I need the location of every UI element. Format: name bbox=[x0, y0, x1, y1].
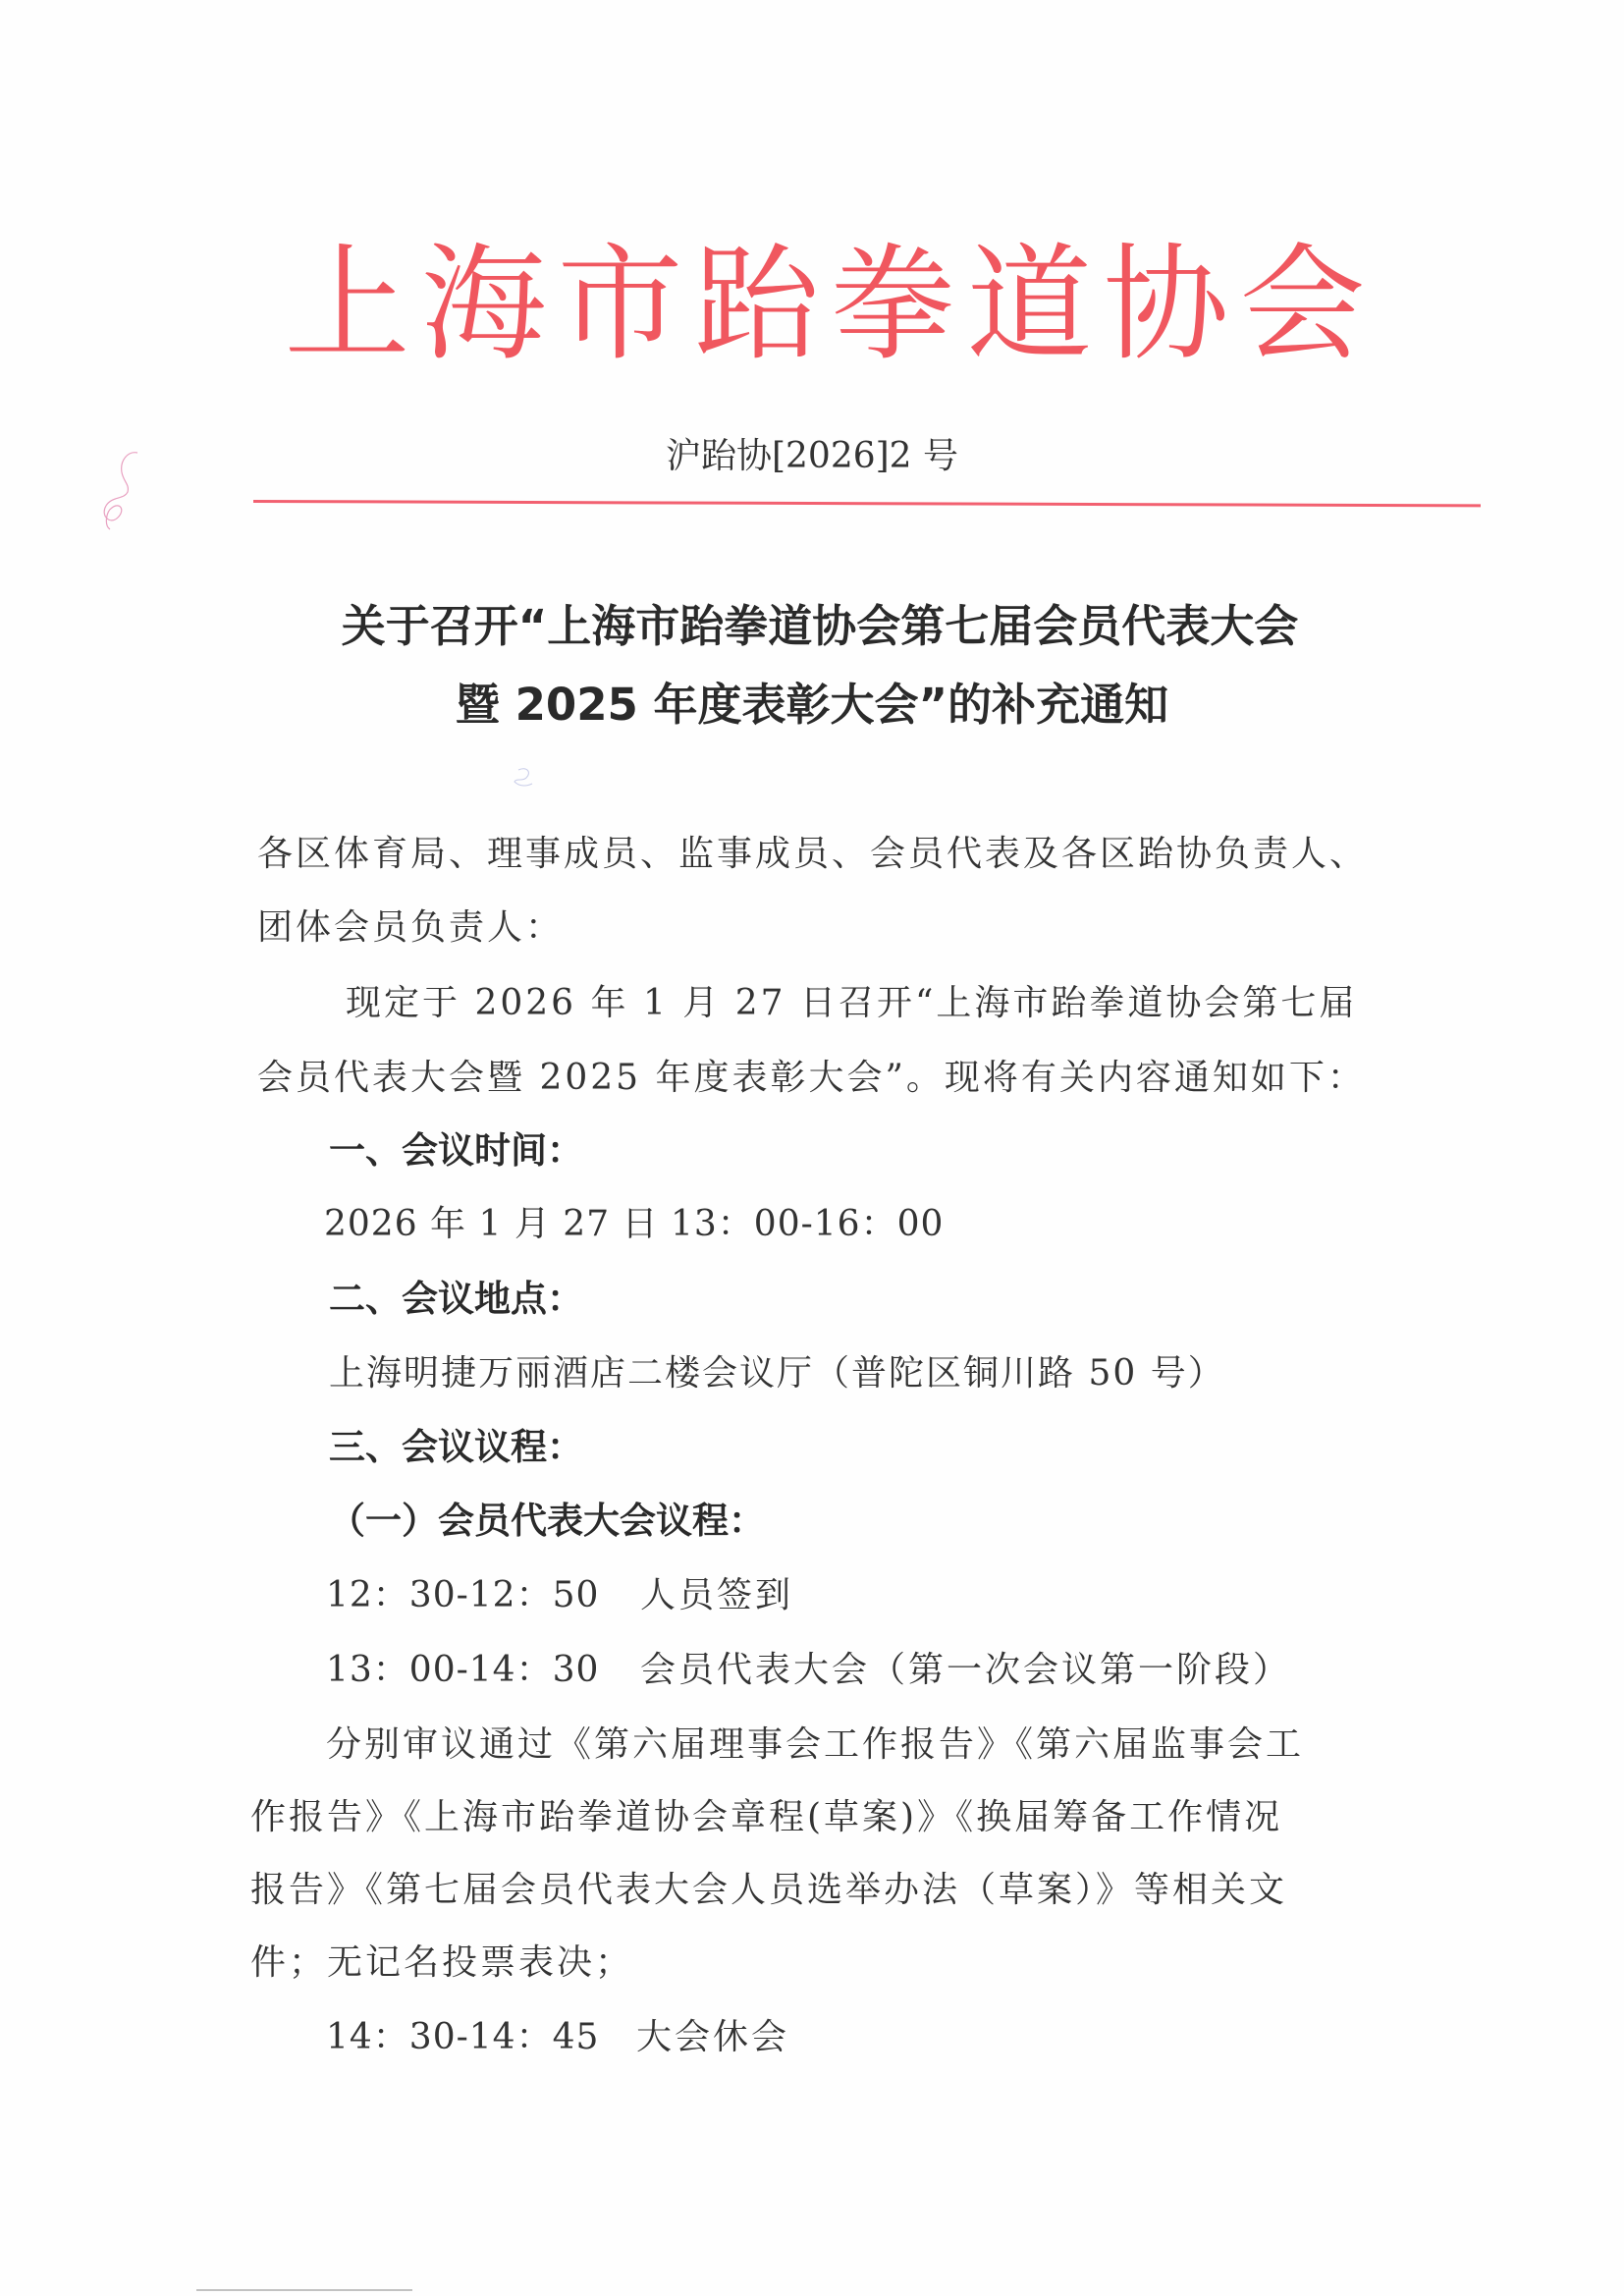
scan-edge bbox=[196, 2289, 412, 2291]
meeting-time: 2026 年 1 月 27 日 13：00-16：00 bbox=[324, 1200, 944, 1249]
masthead-char: 海 bbox=[416, 232, 551, 379]
agenda-item-activity: 会员代表大会（第一次会议第一阶段） bbox=[640, 1646, 1291, 1695]
agenda-item-activity: 大会休会 bbox=[636, 2013, 789, 2062]
agenda-item-activity: 人员签到 bbox=[640, 1571, 793, 1620]
notice-title-line-2: 暨 2025 年度表彰大会”的补充通知 bbox=[0, 676, 1624, 735]
intro-line-1: 现定于 2026 年 1 月 27 日召开“上海市跆拳道协会第七届 bbox=[346, 979, 1357, 1028]
agenda-item-time: 12：30-12：50 bbox=[326, 1571, 599, 1620]
document-page: 上 海 市 跆 拳 道 协 会 沪跆协[2026]2 号 关于召开“上海市跆拳道… bbox=[0, 0, 1624, 2296]
masthead-char: 跆 bbox=[689, 232, 824, 379]
agenda-subheading-congress: （一）会员代表大会议程： bbox=[329, 1497, 765, 1546]
addressee-line-1: 各区体育局、理事成员、监事成员、会员代表及各区跆协负责人、 bbox=[257, 830, 1368, 879]
notice-title-line-1: 关于召开“上海市跆拳道协会第七届会员代表大会 bbox=[8, 597, 1624, 656]
agenda-description-line-4: 件；无记名投票表决； bbox=[250, 1939, 633, 1988]
section-heading-agenda: 三、会议议程： bbox=[329, 1423, 583, 1472]
section-heading-location: 二、会议地点： bbox=[329, 1275, 583, 1324]
red-divider-rule bbox=[253, 500, 1481, 507]
agenda-description-line-1: 分别审议通过《第六届理事会工作报告》《第六届监事会工 bbox=[326, 1721, 1304, 1770]
agenda-description-line-2: 作报告》《上海市跆拳道协会章程(草案)》《换届筹备工作情况 bbox=[250, 1793, 1282, 1842]
organization-masthead: 上 海 市 跆 拳 道 协 会 bbox=[280, 232, 1370, 379]
document-number: 沪跆协[2026]2 号 bbox=[0, 432, 1624, 481]
masthead-char: 市 bbox=[553, 232, 687, 379]
addressee-line-2: 团体会员负责人： bbox=[257, 903, 564, 953]
masthead-char: 上 bbox=[280, 232, 414, 379]
agenda-description-line-3: 报告》《第七届会员代表大会人员选举办法（草案）》等相关文 bbox=[250, 1866, 1287, 1915]
masthead-char: 拳 bbox=[826, 232, 960, 379]
scan-artifact-icon bbox=[511, 764, 550, 793]
masthead-char: 会 bbox=[1235, 232, 1370, 379]
agenda-item-time: 14：30-14：45 bbox=[326, 2013, 599, 2062]
intro-line-2: 会员代表大会暨 2025 年度表彰大会”。现将有关内容通知如下： bbox=[257, 1054, 1366, 1103]
masthead-char: 协 bbox=[1099, 232, 1233, 379]
meeting-location: 上海明捷万丽酒店二楼会议厅（普陀区铜川路 50 号） bbox=[329, 1349, 1225, 1398]
section-heading-time: 一、会议时间： bbox=[329, 1126, 583, 1175]
agenda-item-time: 13：00-14：30 bbox=[326, 1646, 599, 1695]
masthead-char: 道 bbox=[962, 232, 1097, 379]
